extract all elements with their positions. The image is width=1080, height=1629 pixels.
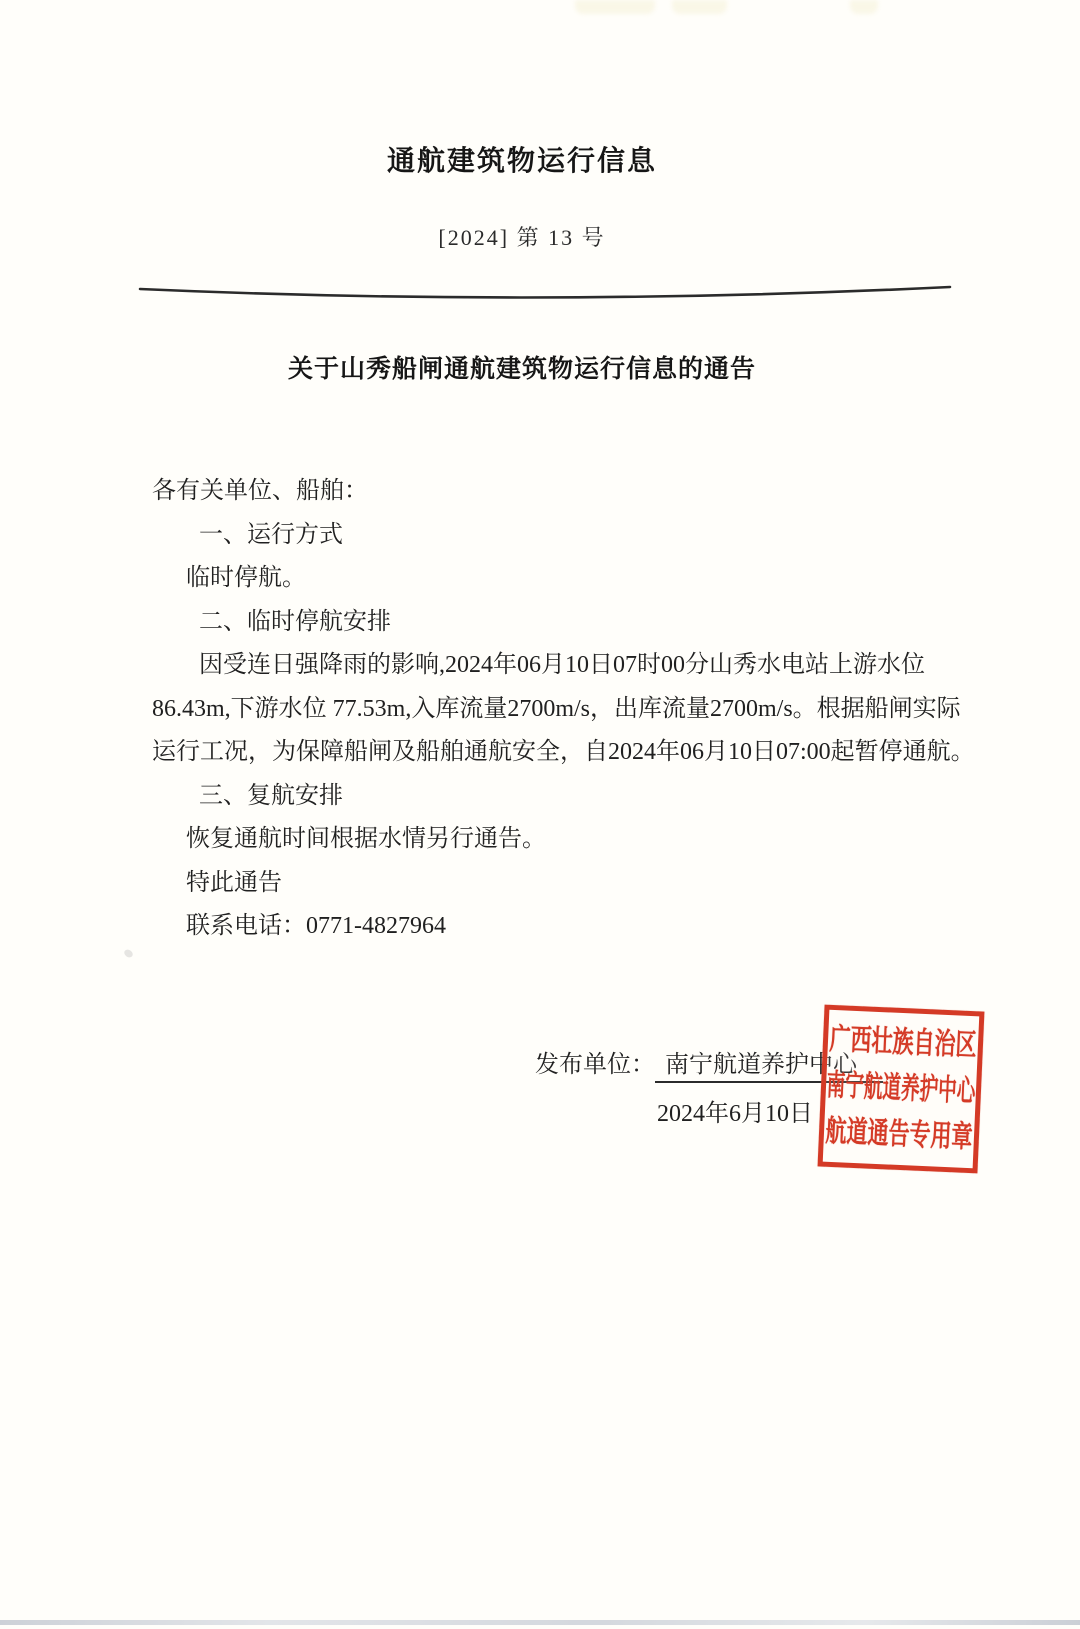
contact-phone: 联系电话：0771-4827964 [152,905,952,949]
body-line: 运行工况，为保障船闸及船舶通航安全，自2024年06月10日07:00起暂停通航… [152,731,952,775]
stamp-line-2: 南宁航道养护中心 [826,1070,976,1108]
scan-artifact [123,948,134,959]
scan-artifact [575,0,655,14]
document-title: 通航建筑物运行信息 [0,139,1044,179]
official-seal-stamp: 广西壮族自治区 南宁航道养护中心 航道通告专用章 [818,1005,985,1174]
body-line: 恢复通航时间根据水情另行通告。 [152,818,952,862]
stamp-line-3: 航道通告专用章 [825,1116,973,1154]
document-number: [2024] 第 13 号 [0,221,1044,252]
closing-line: 特此通告 [152,862,952,906]
section-3-heading: 三、复航安排 [152,775,952,819]
issuer-label: 发布单位： [535,1052,655,1078]
body-line: 临时停航。 [152,557,952,601]
scan-bottom-edge [0,1620,1080,1625]
body-line: 因受连日强降雨的影响,2024年06月10日07时00分山秀水电站上游水位 [152,644,952,688]
section-2-heading: 二、临时停航安排 [152,601,952,645]
stamp-line-1: 广西壮族自治区 [829,1024,977,1062]
section-1-heading: 一、运行方式 [152,514,952,558]
divider-line [138,284,952,304]
body-line: 86.43m,下游水位 77.53m,入库流量2700m/s，出库流量2700m… [152,688,952,732]
scanned-notice-page: 通航建筑物运行信息 [2024] 第 13 号 关于山秀船闸通航建筑物运行信息的… [0,0,1080,1629]
notice-body: 各有关单位、船舶： 一、运行方式 临时停航。 二、临时停航安排 因受连日强降雨的… [152,470,952,949]
salutation: 各有关单位、船舶： [152,470,952,514]
issue-date: 2024年6月10日 [657,1093,813,1128]
scan-artifact [850,0,878,14]
notice-title: 关于山秀船闸通航建筑物运行信息的通告 [0,349,1044,385]
scan-artifact [672,0,727,14]
